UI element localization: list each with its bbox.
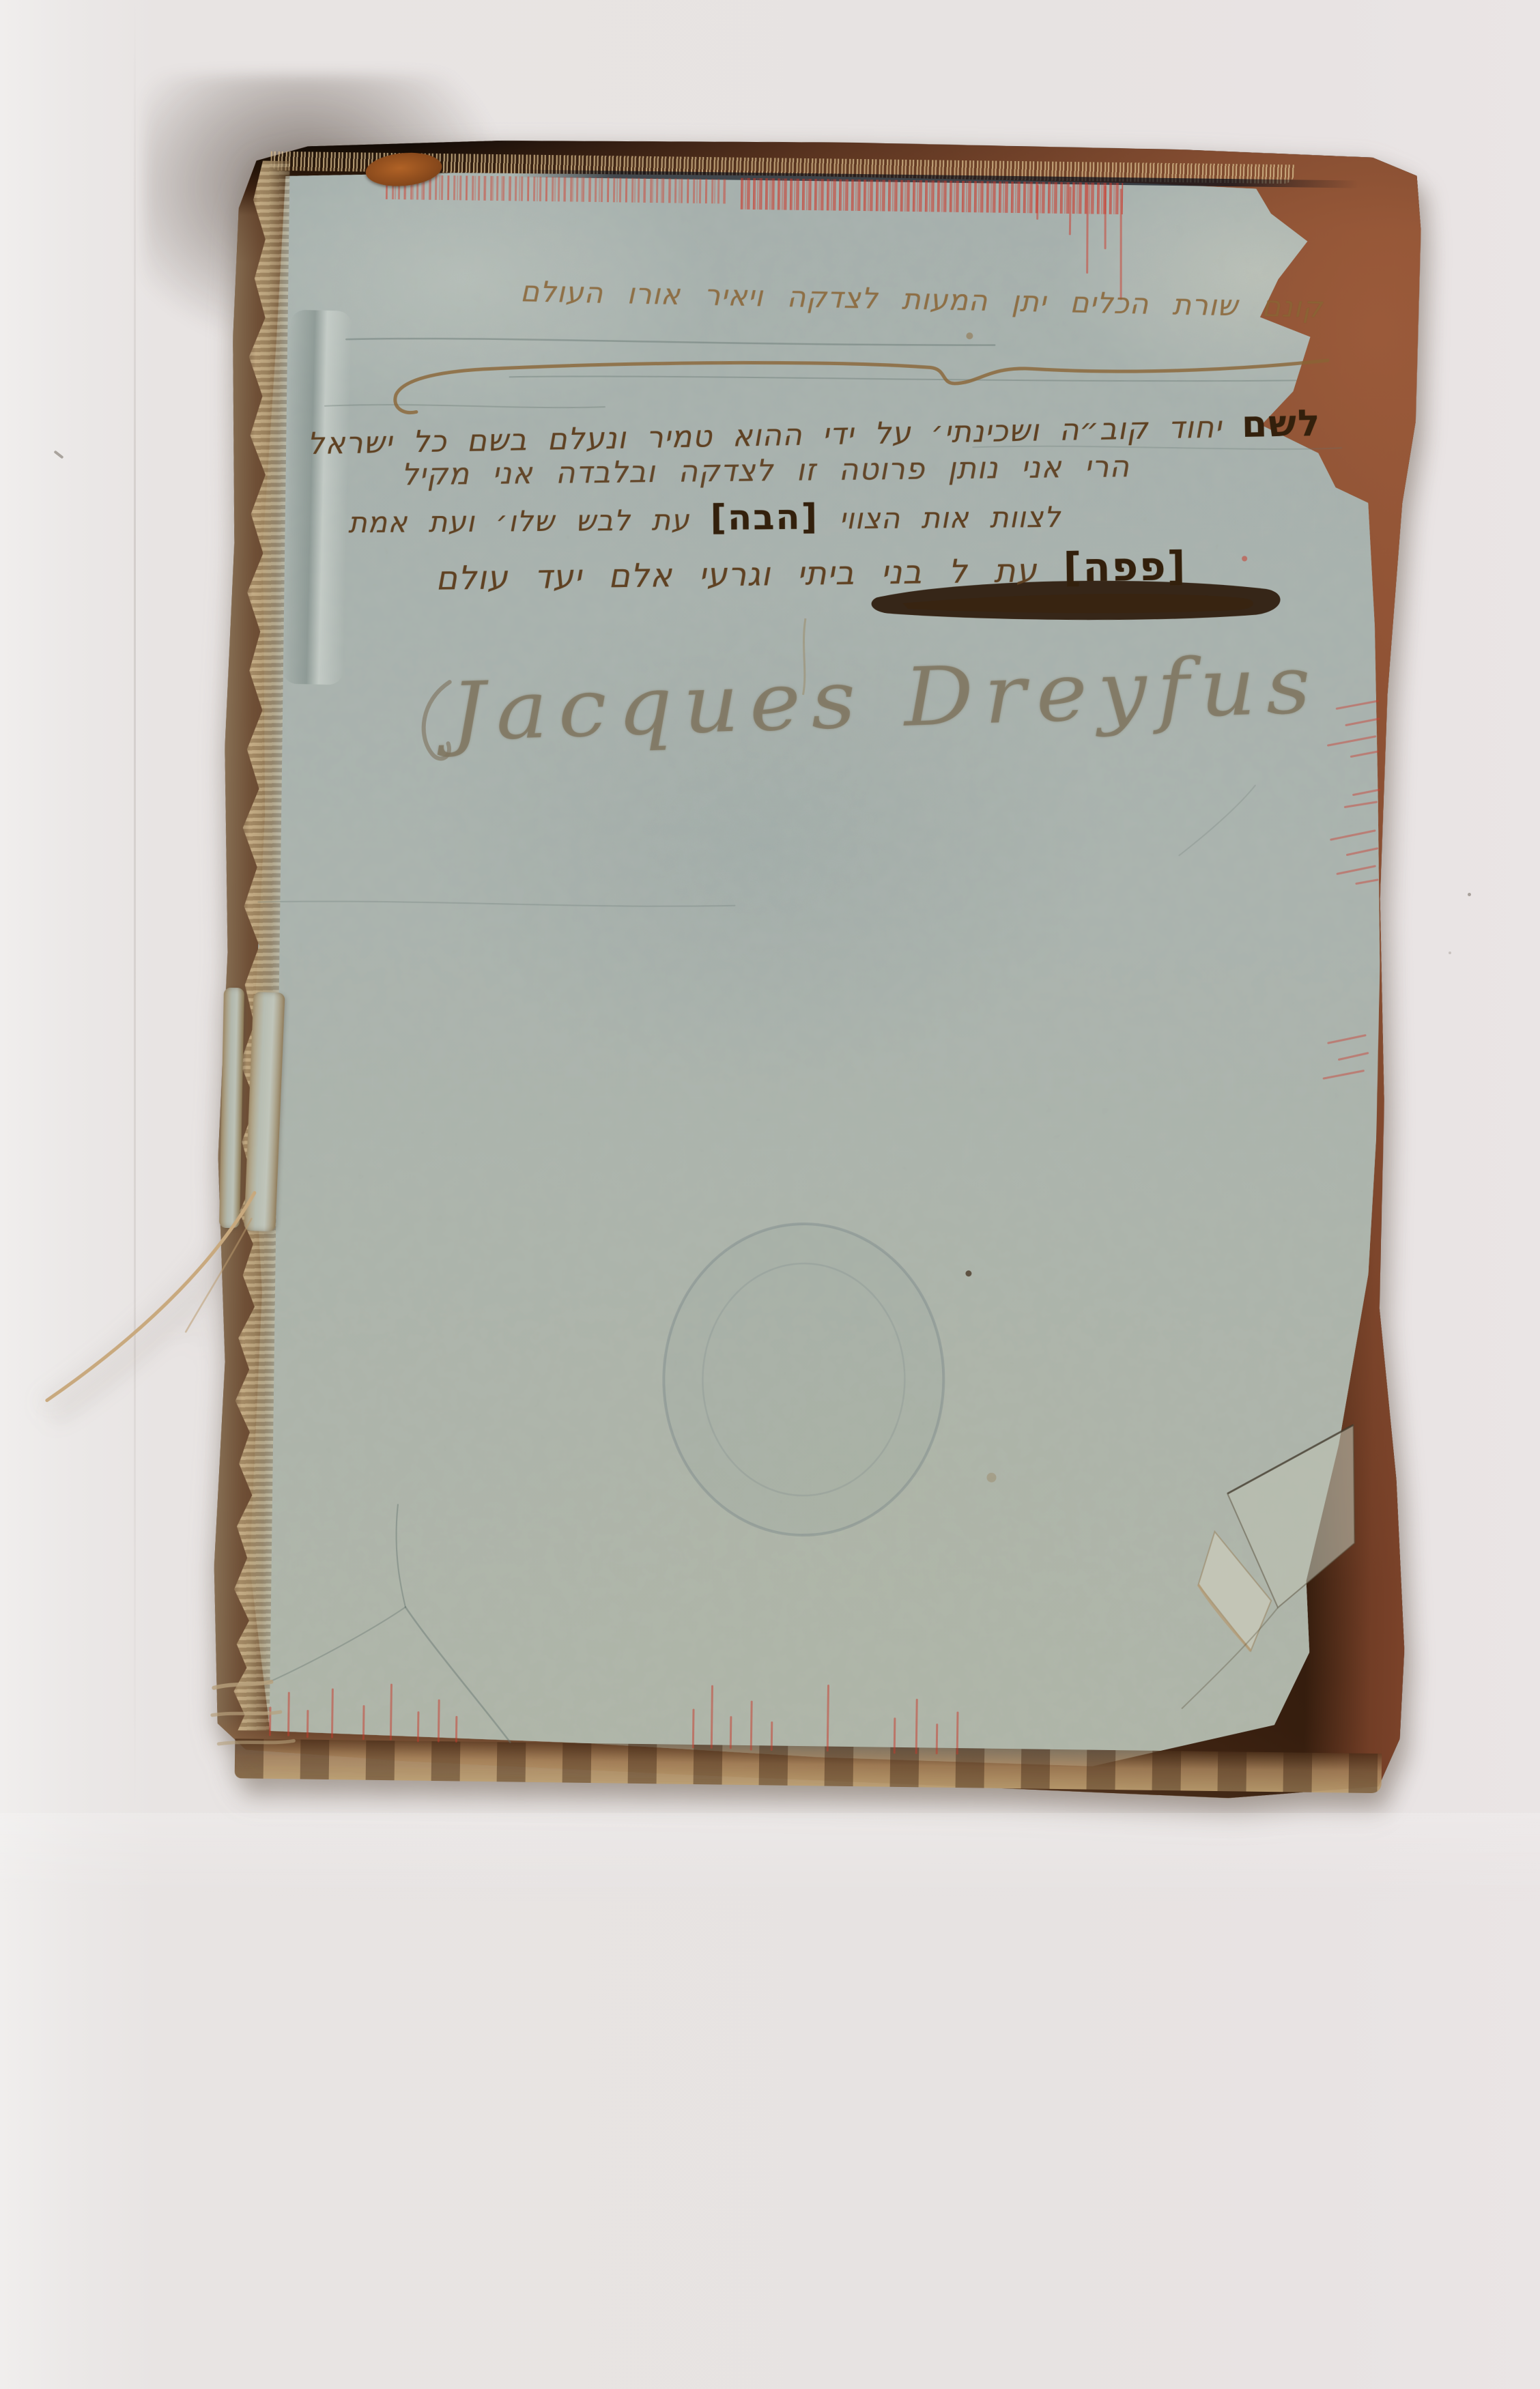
scanner-seam — [134, 0, 136, 1809]
scan-background: קונם שורת הכלים יתן המעות לצדקה ויאיר או… — [0, 0, 1540, 2389]
red-flame-spikes — [270, 1678, 958, 1754]
hebrew-line: [פפה] עת ל בני ביתי וגרעי אלם יעד עולם — [435, 543, 1186, 599]
decoration-layer — [204, 133, 1427, 1807]
hebrew-text: לצוות אות הצווי — [818, 500, 1061, 536]
ink-stamp — [661, 1222, 945, 1536]
hebrew-bracketed-word: [הבה] — [710, 497, 818, 539]
hebrew-word-leshem: לשם — [1242, 401, 1322, 446]
scanner-speck — [53, 450, 63, 459]
signature-swash — [423, 682, 450, 759]
hebrew-bracketed-word: [פפה] — [1063, 543, 1187, 590]
paper-stack-ridges — [212, 1681, 294, 1745]
red-drips — [1036, 184, 1122, 299]
red-edge-ticks — [1324, 700, 1380, 1079]
hebrew-text: עת ל בני ביתי וגרעי אלם יעד עולם — [435, 552, 1063, 598]
hebrew-line: לצוות אות הצווי [הבה] עת לבש שלו׳ ועת אמ… — [348, 495, 1061, 541]
hebrew-text: עת לבש שלו׳ ועת אמת — [348, 503, 711, 539]
scanner-speck — [1449, 952, 1451, 954]
binding-thread — [47, 1190, 255, 1403]
scanner-speck — [1468, 893, 1471, 896]
manuscript-cover: קונם שורת הכלים יתן המעות לצדקה ויאיר או… — [204, 133, 1427, 1807]
dog-ear-fold — [1182, 1422, 1356, 1711]
